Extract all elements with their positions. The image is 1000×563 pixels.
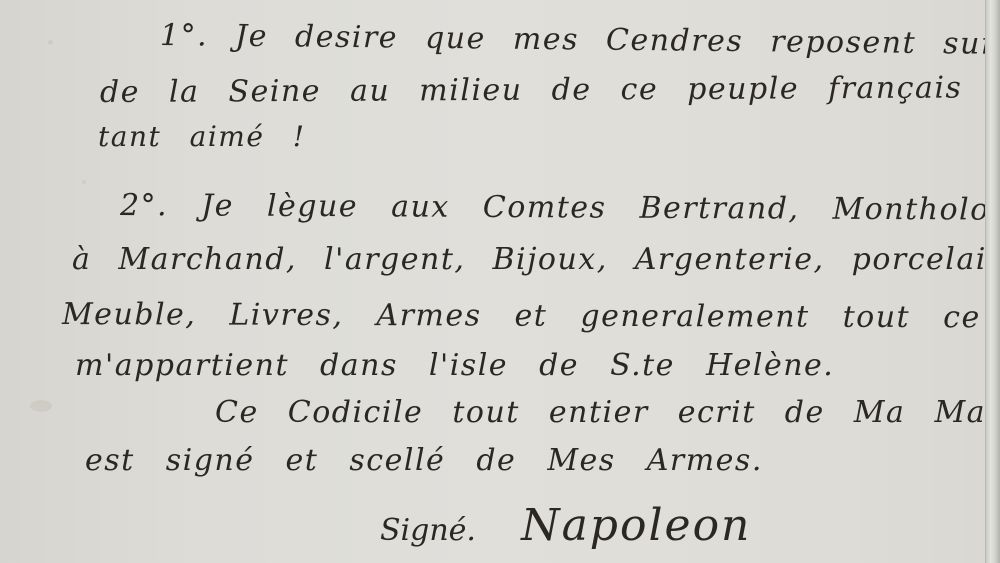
paper-stain [30, 400, 52, 412]
codicil-line-2: de la Seine au milieu de ce peuple franç… [100, 70, 1000, 110]
codicil-line-8: Ce Codicile tout entier ecrit de Ma Main [215, 395, 1000, 430]
signature-name: Napoleon [521, 500, 751, 551]
codicil-line-4: 2°. Je lègue aux Comtes Bertrand, Montho… [120, 188, 1000, 228]
codicil-line-6: Meuble, Livres, Armes et generalement to… [62, 297, 1000, 336]
paper-stain [48, 40, 53, 45]
codicil-line-7: m'appartient dans l'isle de S.te Helène. [75, 348, 834, 383]
page-edge [985, 0, 1000, 563]
signed-label: Signé. [380, 513, 476, 548]
codicil-line-5: à Marchand, l'argent, Bijoux, Argenterie… [72, 242, 1000, 277]
codicil-line-3: tant aimé ! [98, 120, 306, 153]
manuscript-page: 1°. Je desire que mes Cendres reposent s… [0, 0, 985, 563]
paper-stain [82, 180, 86, 184]
codicil-line-1: 1°. Je desire que mes Cendres reposent s… [160, 18, 1000, 64]
codicil-line-9: est signé et scellé de Mes Armes. [85, 443, 763, 478]
signature-block: Signé. Napoleon [380, 500, 751, 551]
